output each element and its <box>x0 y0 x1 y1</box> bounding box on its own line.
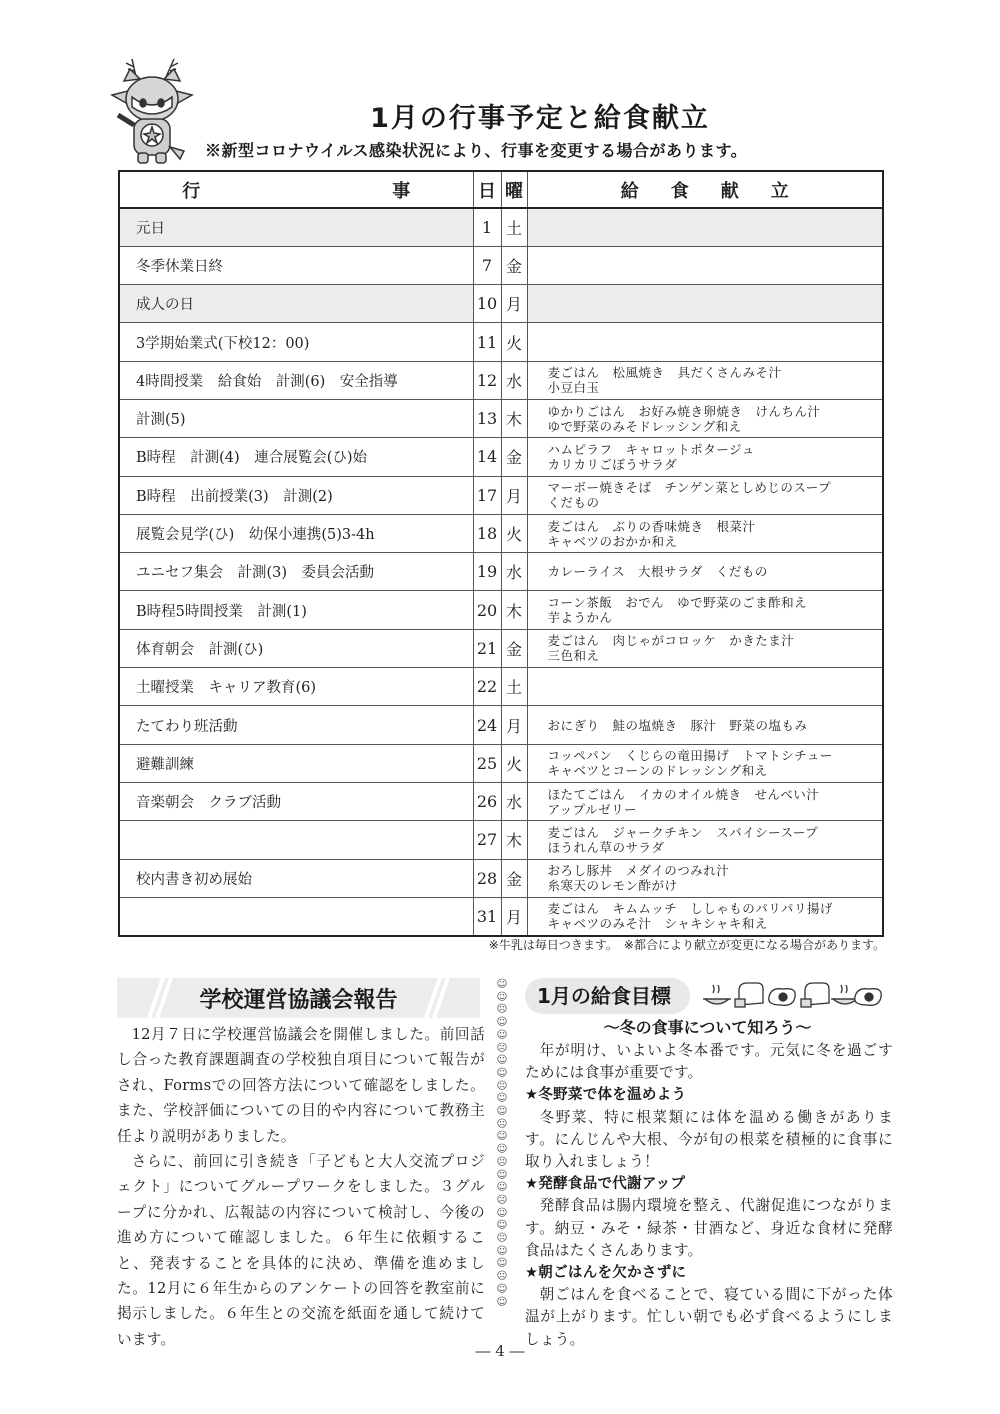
table-row: 成人の日10月 <box>119 285 883 323</box>
event-cell: 3学期始業式(下校12：00) <box>119 323 473 361</box>
face-icon: ☹ <box>495 1118 509 1131</box>
menu-line: キャベツとコーンのドレッシング和え <box>548 763 883 778</box>
report-paragraph: 12月７日に学校運営協議会を開催しました。前回話し合った教育課題調査の学校独自項… <box>117 1022 485 1149</box>
weekday-cell: 水 <box>501 553 527 591</box>
event-cell: 展覧会見学(ひ) 幼保小連携(5)3-4h <box>119 514 473 552</box>
day-cell: 1 <box>473 208 501 246</box>
day-cell: 20 <box>473 591 501 629</box>
weekday-cell: 火 <box>501 514 527 552</box>
table-row: 体育朝会 計測(ひ)21金麦ごはん 肉じゃがコロッケ かきたま汁三色和え <box>119 629 883 667</box>
menu-line: おろし豚丼 メダイのつみれ汁 <box>548 863 883 878</box>
weekday-cell: 月 <box>501 897 527 935</box>
day-cell: 11 <box>473 323 501 361</box>
event-cell <box>119 821 473 859</box>
weekday-cell: 水 <box>501 361 527 399</box>
menu-cell: ゆかりごはん お好み焼き卵焼き けんちん汁ゆで野菜のみそドレッシング和え <box>527 399 883 437</box>
menu-cell: 麦ごはん 松風焼き 具だくさんみそ汁小豆白玉 <box>527 361 883 399</box>
weekday-cell: 月 <box>501 476 527 514</box>
table-row: 校内書き初め展始28金おろし豚丼 メダイのつみれ汁糸寒天のレモン酢がけ <box>119 859 883 897</box>
day-cell: 31 <box>473 897 501 935</box>
face-icon: ☺ <box>495 1067 509 1080</box>
menu-line: おにぎり 鮭の塩焼き 豚汁 野菜の塩もみ <box>548 718 883 733</box>
menu-cell: コッペパン くじらの竜田揚げ トマトシチューキャベツとコーンのドレッシング和え <box>527 744 883 782</box>
day-cell: 21 <box>473 629 501 667</box>
face-icon: ☺ <box>495 1283 509 1296</box>
table-row: 避難訓練25火コッペパン くじらの竜田揚げ トマトシチューキャベツとコーンのドレ… <box>119 744 883 782</box>
event-cell: B時程 計測(4) 連合展覧会(ひ)始 <box>119 438 473 476</box>
day-cell: 24 <box>473 706 501 744</box>
event-cell <box>119 897 473 935</box>
menu-line: 小豆白玉 <box>548 380 883 395</box>
day-cell: 17 <box>473 476 501 514</box>
goal-section-heading: ★朝ごはんを欠かさずに <box>525 1262 893 1284</box>
face-icon: ☺ <box>495 1092 509 1105</box>
table-row: 展覧会見学(ひ) 幼保小連携(5)3-4h18火麦ごはん ぶりの香味焼き 根菜汁… <box>119 514 883 552</box>
event-cell: 避難訓練 <box>119 744 473 782</box>
face-icon: ☺ <box>495 978 509 991</box>
day-cell: 28 <box>473 859 501 897</box>
face-icon: ☺ <box>495 1245 509 1258</box>
weekday-cell: 金 <box>501 246 527 284</box>
weekday-cell: 土 <box>501 668 527 706</box>
face-icon: ☺ <box>495 1219 509 1232</box>
event-cell: 計測(5) <box>119 399 473 437</box>
table-row: 27木麦ごはん ジャークチキン スパイシースープほうれん草のサラダ <box>119 821 883 859</box>
weekday-cell: 月 <box>501 706 527 744</box>
menu-cell <box>527 285 883 323</box>
face-icon: ☺ <box>495 1207 509 1220</box>
menu-line: くだもの <box>548 495 883 510</box>
day-cell: 7 <box>473 246 501 284</box>
report-body: 12月７日に学校運営協議会を開催しました。前回話し合った教育課題調査の学校独自項… <box>117 1022 485 1352</box>
goal-intro: 年が明け、いよいよ冬本番です。元気に冬を過ごすためには食事が重要です。 <box>525 1040 893 1084</box>
page-title: 1月の行事予定と給食献立 <box>120 96 900 135</box>
table-row: B時程 出前授業(3) 計測(2)17月マーボー焼きそば チンゲン菜としめじのス… <box>119 476 883 514</box>
covid-notice: ※新型コロナウイルス感染状況により、行事を変更する場合があります。 <box>205 138 747 161</box>
menu-line: ゆかりごはん お好み焼き卵焼き けんちん汁 <box>548 404 883 419</box>
goal-section-heading: ★冬野菜で体を温めよう <box>525 1084 893 1106</box>
menu-line: コッペパン くじらの竜田揚げ トマトシチュー <box>548 748 883 763</box>
menu-line: カレーライス 大根サラダ くだもの <box>548 564 883 579</box>
menu-cell: コーン茶飯 おでん ゆで野菜のごま酢和え芋ようかん <box>527 591 883 629</box>
menu-cell: 麦ごはん 肉じゃがコロッケ かきたま汁三色和え <box>527 629 883 667</box>
day-cell: 10 <box>473 285 501 323</box>
header-event: 行事 <box>119 171 473 208</box>
face-icon: ☺ <box>495 1169 509 1182</box>
face-icon: ☹ <box>495 1080 509 1093</box>
menu-cell: ハムピラフ キャロットポタージュカリカリごぼうサラダ <box>527 438 883 476</box>
face-icon: ☺ <box>495 991 509 1004</box>
table-row: 計測(5)13木ゆかりごはん お好み焼き卵焼き けんちん汁ゆで野菜のみそドレッシ… <box>119 399 883 437</box>
table-row: ユニセフ集会 計測(3) 委員会活動19水カレーライス 大根サラダ くだもの <box>119 553 883 591</box>
weekday-cell: 月 <box>501 285 527 323</box>
menu-line: 麦ごはん 松風焼き 具だくさんみそ汁 <box>548 365 883 380</box>
menu-line: ほうれん草のサラダ <box>548 840 883 855</box>
schedule-menu-table: 行事 日 曜 給食献立 元日1土冬季休業日終7金成人の日10月3学期始業式(下校… <box>118 170 884 937</box>
menu-cell <box>527 246 883 284</box>
menu-line: 麦ごはん キムムッチ ししゃものパリパリ揚げ <box>548 901 883 916</box>
menu-cell: 麦ごはん キムムッチ ししゃものパリパリ揚げキャベツのみそ汁 シャキシャキ和え <box>527 897 883 935</box>
menu-line: ほたてごはん イカのオイル焼き せんべい汁 <box>548 787 883 802</box>
face-icon: ☹ <box>495 1156 509 1169</box>
menu-line: 芋ようかん <box>548 610 883 625</box>
event-cell: B時程 出前授業(3) 計測(2) <box>119 476 473 514</box>
goal-section-heading: ★発酵食品で代謝アップ <box>525 1173 893 1195</box>
menu-line: カリカリごぼうサラダ <box>548 457 883 472</box>
weekday-cell: 木 <box>501 591 527 629</box>
header-menu: 給食献立 <box>527 171 883 208</box>
menu-cell: おにぎり 鮭の塩焼き 豚汁 野菜の塩もみ <box>527 706 883 744</box>
menu-cell <box>527 208 883 246</box>
event-cell: 体育朝会 計測(ひ) <box>119 629 473 667</box>
day-cell: 14 <box>473 438 501 476</box>
egg-icon <box>769 989 796 1006</box>
event-cell: 校内書き初め展始 <box>119 859 473 897</box>
face-icon: ☺ <box>495 1130 509 1143</box>
weekday-cell: 金 <box>501 629 527 667</box>
face-icon: ☺ <box>495 1105 509 1118</box>
menu-cell: 麦ごはん ぶりの香味焼き 根菜汁キャベツのおかか和え <box>527 514 883 552</box>
lunch-goal-subtitle: ～冬の食事について知ろう～ <box>525 1015 890 1038</box>
weekday-cell: 金 <box>501 438 527 476</box>
event-cell: 成人の日 <box>119 285 473 323</box>
menu-line: マーボー焼きそば チンゲン菜としめじのスープ <box>548 480 883 495</box>
menu-cell <box>527 323 883 361</box>
lunch-goal-title: 1月の給食目標 <box>525 978 690 1014</box>
egg-icon <box>855 989 882 1006</box>
day-cell: 26 <box>473 782 501 820</box>
weekday-cell: 火 <box>501 323 527 361</box>
weekday-cell: 木 <box>501 399 527 437</box>
header-weekday: 曜 <box>501 171 527 208</box>
table-header-row: 行事 日 曜 給食献立 <box>119 171 883 208</box>
goal-section-text: 朝ごはんを食べることで、寝ている間に下がった体温が上がります。忙しい朝でも必ず食… <box>525 1284 893 1351</box>
face-icon: ☺ <box>495 1181 509 1194</box>
event-cell: 元日 <box>119 208 473 246</box>
day-cell: 18 <box>473 514 501 552</box>
menu-line: キャベツのみそ汁 シャキシャキ和え <box>548 916 883 931</box>
menu-line: コーン茶飯 おでん ゆで野菜のごま酢和え <box>548 595 883 610</box>
face-icon: ☹ <box>495 1003 509 1016</box>
report-title: 学校運営協議会報告 <box>117 983 480 1014</box>
lunch-goal-body: 年が明け、いよいよ冬本番です。元気に冬を過ごすためには食事が重要です。 ★冬野菜… <box>525 1040 893 1351</box>
face-icon: ☹ <box>495 1270 509 1283</box>
face-icon: ☺ <box>495 1257 509 1270</box>
event-cell: たてわり班活動 <box>119 706 473 744</box>
menu-line: 麦ごはん ぶりの香味焼き 根菜汁 <box>548 519 883 534</box>
menu-line: アップルゼリー <box>548 802 883 817</box>
event-cell: 土曜授業 キャリア教育(6) <box>119 668 473 706</box>
day-cell: 13 <box>473 399 501 437</box>
menu-cell: マーボー焼きそば チンゲン菜としめじのスープくだもの <box>527 476 883 514</box>
page-number: ― 4 ― <box>0 1342 1000 1360</box>
menu-cell: 麦ごはん ジャークチキン スパイシースープほうれん草のサラダ <box>527 821 883 859</box>
report-paragraph: さらに、前回に引き続き「子どもと大人交流プロジェクト」についてグループワークをし… <box>117 1149 485 1352</box>
menu-line: 三色和え <box>548 648 883 663</box>
event-cell: B時程5時間授業 計測(1) <box>119 591 473 629</box>
menu-line: 麦ごはん 肉じゃがコロッケ かきたま汁 <box>548 633 883 648</box>
day-cell: 22 <box>473 668 501 706</box>
day-cell: 12 <box>473 361 501 399</box>
menu-footnote: ※牛乳は毎日つきます。 ※都合により献立が変更になる場合があります。 <box>489 936 885 953</box>
menu-line: 糸寒天のレモン酢がけ <box>548 878 883 893</box>
face-icon: ☺ <box>495 1029 509 1042</box>
goal-section-text: 冬野菜、特に根菜類には体を温める働きがあります。にんじんや大根、今が旬の根菜を積… <box>525 1107 893 1174</box>
table-row: 元日1土 <box>119 208 883 246</box>
table-row: 4時間授業 給食始 計測(6) 安全指導12水麦ごはん 松風焼き 具だくさんみそ… <box>119 361 883 399</box>
event-cell: 冬季休業日終 <box>119 246 473 284</box>
menu-line: ハムピラフ キャロットポタージュ <box>548 442 883 457</box>
table-row: B時程5時間授業 計測(1)20木コーン茶飯 おでん ゆで野菜のごま酢和え芋よう… <box>119 591 883 629</box>
face-icon-divider: ☺☺☹☺☺☹☺☺☹☺☺☹☺☺☹☺☺☹☺☺☹☺☺☹☺☺ <box>495 978 509 1308</box>
menu-cell: カレーライス 大根サラダ くだもの <box>527 553 883 591</box>
face-icon: ☺ <box>495 1296 509 1309</box>
menu-cell: ほたてごはん イカのオイル焼き せんべい汁アップルゼリー <box>527 782 883 820</box>
bread-icon <box>735 983 763 1007</box>
table-row: 冬季休業日終7金 <box>119 246 883 284</box>
table-row: 3学期始業式(下校12：00)11火 <box>119 323 883 361</box>
face-icon: ☹ <box>495 1194 509 1207</box>
table-row: 土曜授業 キャリア教育(6)22土 <box>119 668 883 706</box>
face-icon: ☺ <box>495 1143 509 1156</box>
day-cell: 19 <box>473 553 501 591</box>
weekday-cell: 土 <box>501 208 527 246</box>
food-icons-decoration <box>703 975 883 1011</box>
weekday-cell: 水 <box>501 782 527 820</box>
menu-line: ゆで野菜のみそドレッシング和え <box>548 419 883 434</box>
menu-line: キャベツのおかか和え <box>548 534 883 549</box>
day-cell: 25 <box>473 744 501 782</box>
face-icon: ☺ <box>495 1016 509 1029</box>
face-icon: ☹ <box>495 1042 509 1055</box>
goal-section-text: 発酵食品は腸内環境を整え、代謝促進につながります。納豆・みそ・緑茶・甘酒など、身… <box>525 1195 893 1262</box>
event-cell: 4時間授業 給食始 計測(6) 安全指導 <box>119 361 473 399</box>
header-day: 日 <box>473 171 501 208</box>
bread-icon <box>801 983 829 1007</box>
face-icon: ☺ <box>495 1054 509 1067</box>
event-cell: 音楽朝会 クラブ活動 <box>119 782 473 820</box>
table-row: 音楽朝会 クラブ活動26水ほたてごはん イカのオイル焼き せんべい汁アップルゼリ… <box>119 782 883 820</box>
report-heading-banner: 学校運営協議会報告 <box>117 978 480 1018</box>
weekday-cell: 金 <box>501 859 527 897</box>
table-row: 31月麦ごはん キムムッチ ししゃものパリパリ揚げキャベツのみそ汁 シャキシャキ… <box>119 897 883 935</box>
menu-cell: おろし豚丼 メダイのつみれ汁糸寒天のレモン酢がけ <box>527 859 883 897</box>
weekday-cell: 木 <box>501 821 527 859</box>
menu-cell <box>527 668 883 706</box>
event-cell: ユニセフ集会 計測(3) 委員会活動 <box>119 553 473 591</box>
weekday-cell: 火 <box>501 744 527 782</box>
day-cell: 27 <box>473 821 501 859</box>
face-icon: ☹ <box>495 1232 509 1245</box>
bowl-icon <box>703 985 731 1004</box>
menu-line: 麦ごはん ジャークチキン スパイシースープ <box>548 825 883 840</box>
table-row: B時程 計測(4) 連合展覧会(ひ)始14金ハムピラフ キャロットポタージュカリ… <box>119 438 883 476</box>
table-row: たてわり班活動24月おにぎり 鮭の塩焼き 豚汁 野菜の塩もみ <box>119 706 883 744</box>
